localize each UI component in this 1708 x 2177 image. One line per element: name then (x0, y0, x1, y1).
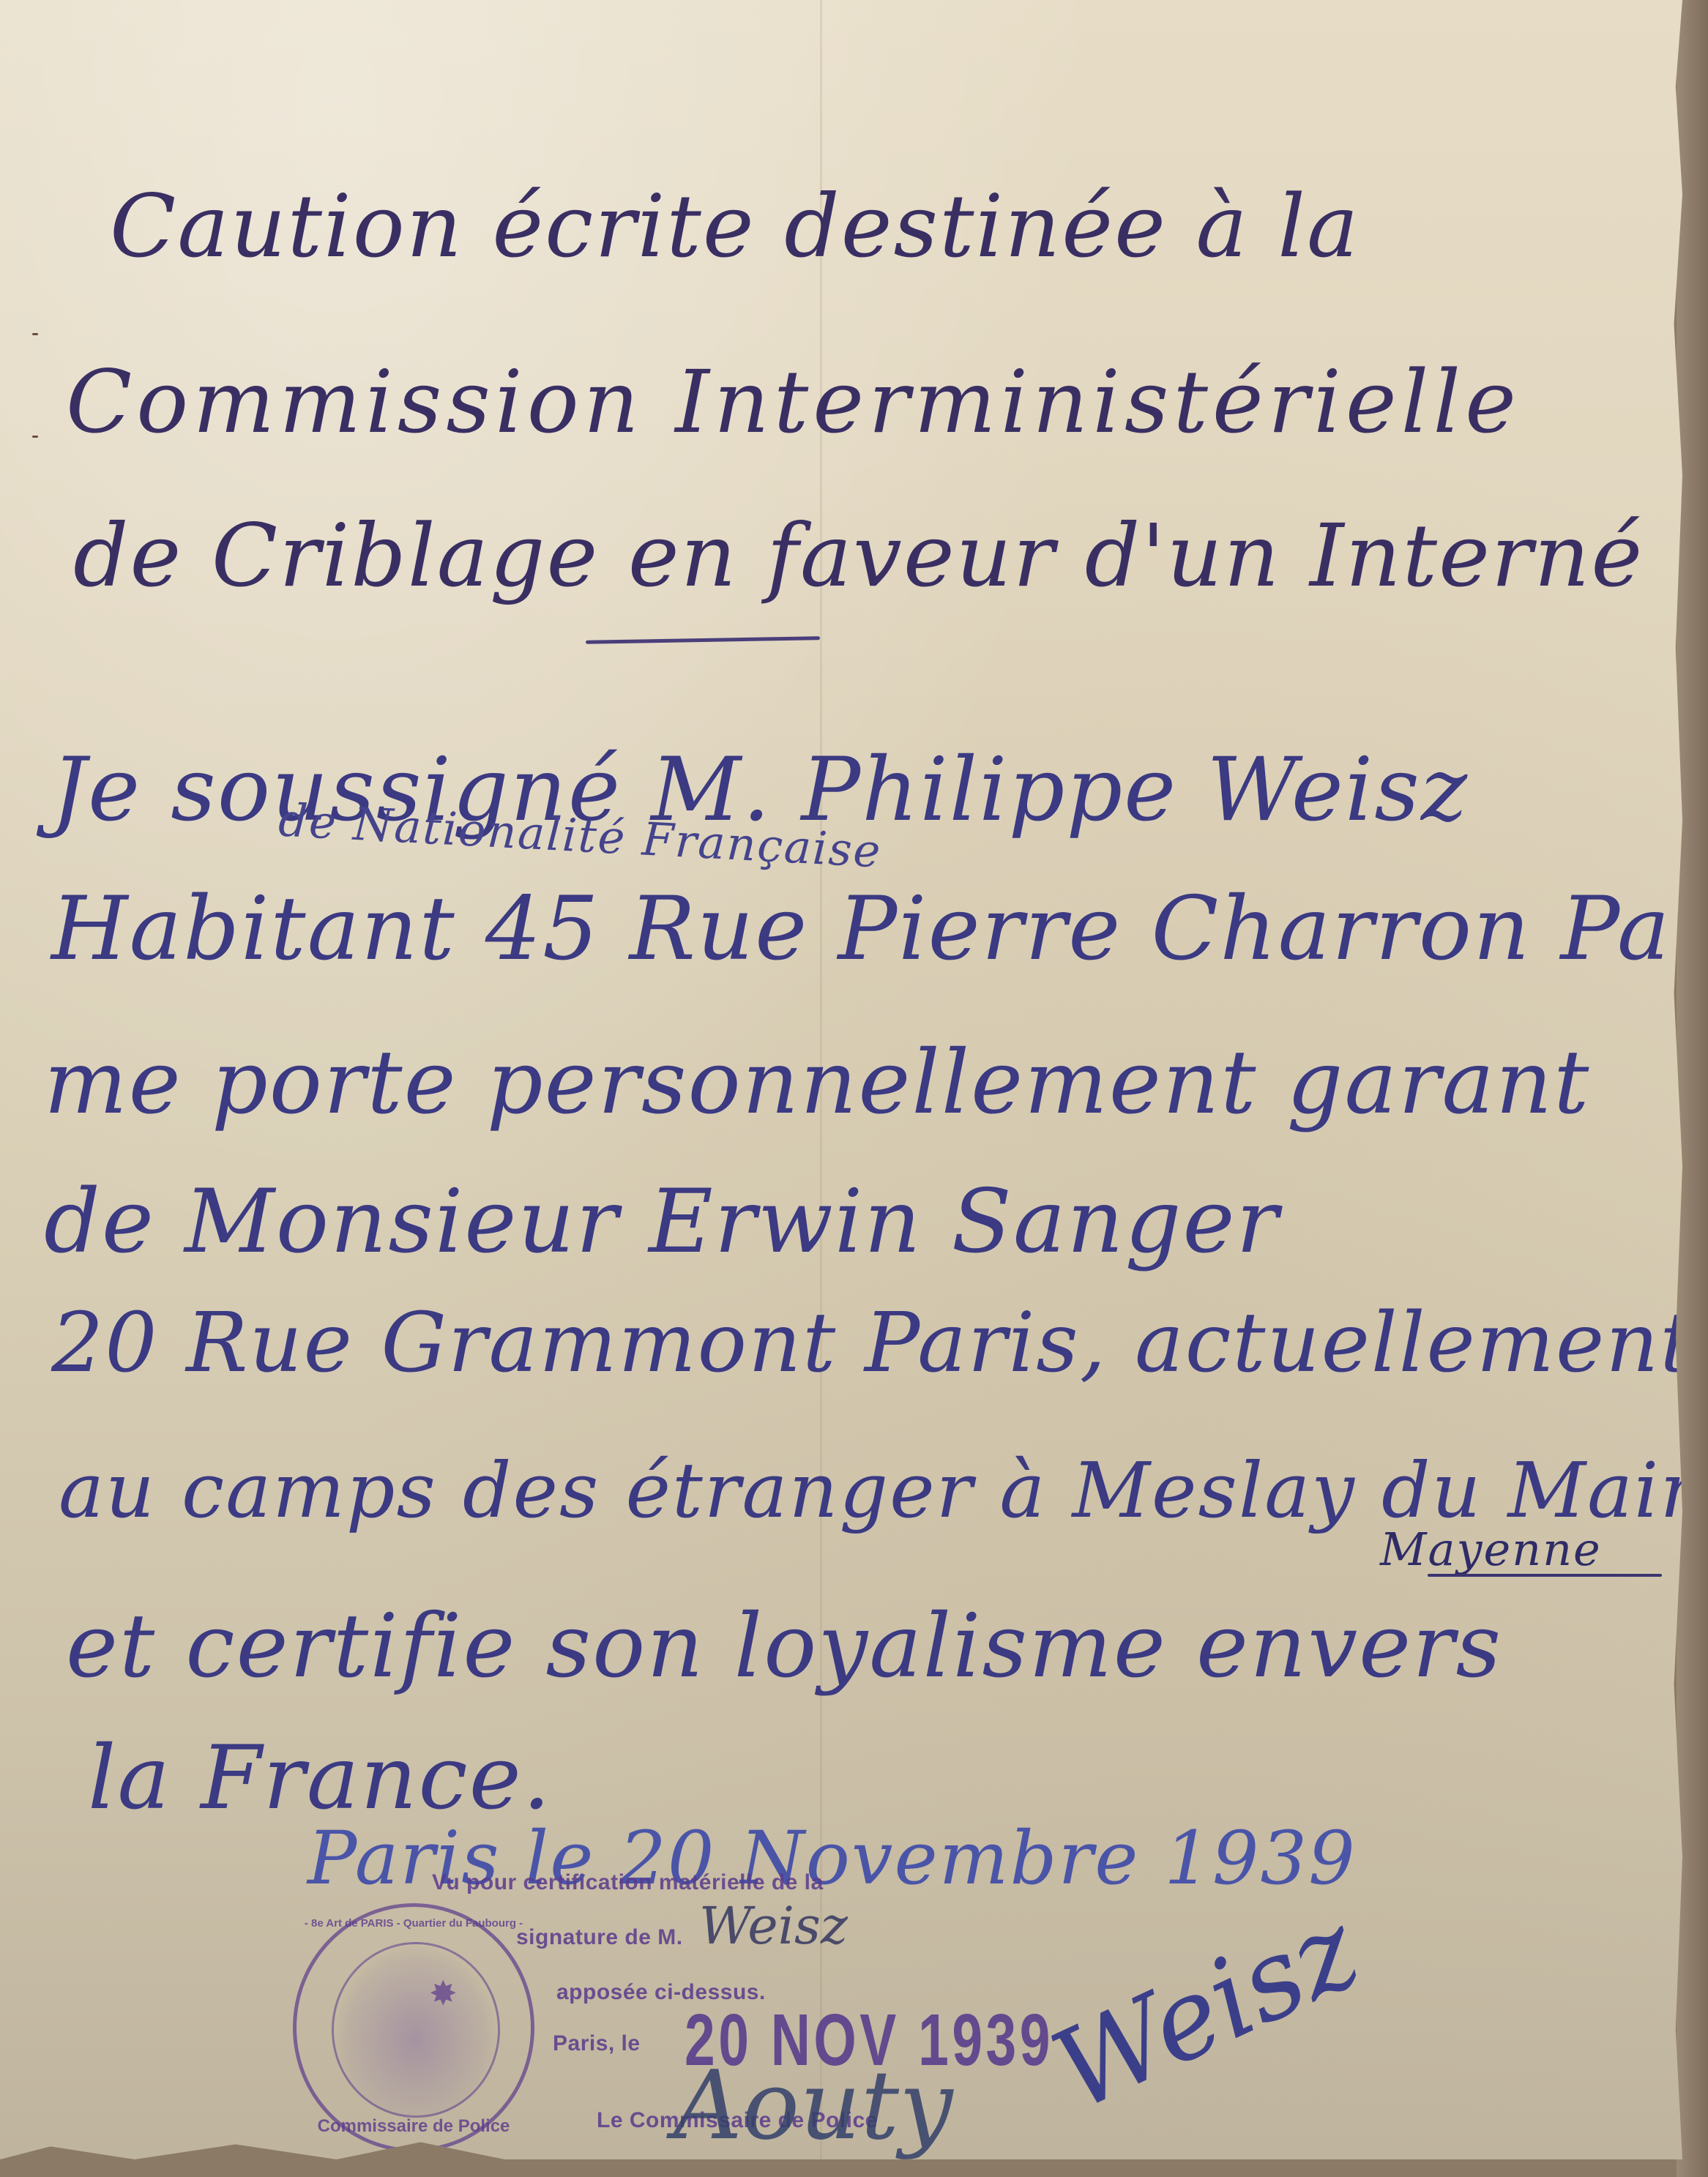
body-line-loyalty: et certifie son loyalisme envers (66, 1596, 1502, 1698)
body-line-monsieur: de Monsieur Erwin Sanger (44, 1171, 1280, 1273)
title-line-2: Commission Interministérielle (66, 351, 1521, 452)
body-line-address: Habitant 45 Rue Pierre Charron Paris (51, 878, 1708, 980)
seal-top-text: - 8e Art de PARIS - Quartier du Faubourg… (297, 1917, 531, 1930)
cert-signature-weisz: Weisz (699, 1896, 848, 1956)
title-divider (586, 636, 820, 644)
body-line-mayenne: Mayenne (1380, 1523, 1602, 1576)
declarant-signature: Weisz (1035, 1886, 1378, 2135)
body-line-internee-address: 20 Rue Grammont Paris, actuellement (51, 1296, 1694, 1391)
police-seal: - 8e Art de PARIS - Quartier du Faubourg… (293, 1903, 534, 2152)
star-icon: ✸ (429, 1974, 458, 2013)
commissioner-signature: Aouty (674, 2050, 953, 2161)
cert-line-4: Paris, le (553, 2031, 641, 2056)
body-line-france: la France. (88, 1728, 552, 1829)
mayenne-underline (1428, 1574, 1662, 1577)
title-line-1: Caution écrite destinée à la (110, 176, 1360, 277)
body-line-camp: au camps des étranger à Meslay du Maine (59, 1446, 1708, 1535)
title-line-3: de Criblage en faveur d'un Interné (73, 505, 1644, 606)
margin-mark (32, 436, 38, 438)
margin-mark (32, 333, 38, 335)
cert-line-1: Vu pour certification matérielle de la (432, 1870, 824, 1895)
cert-line-2: signature de M. (516, 1925, 683, 1950)
seal-inner-ring: ✸ (332, 1942, 500, 2118)
seal-bottom-text: Commissaire de Police (297, 2116, 531, 2137)
body-line-guarantee: me porte personnellement garant (44, 1032, 1590, 1134)
document-paper: Caution écrite destinée à la Commission … (0, 0, 1682, 2159)
